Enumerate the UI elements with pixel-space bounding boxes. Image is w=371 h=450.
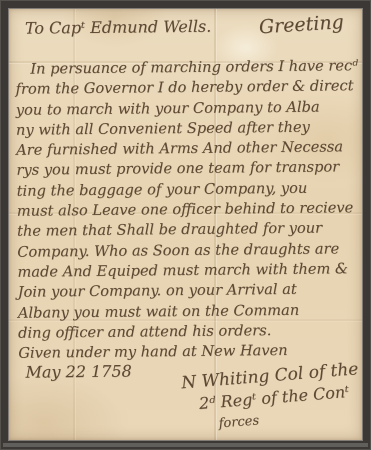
letter-line: Given under my hand at New Haven [18, 340, 361, 364]
letter-document: To Capᵗ Edmund Wells. Greeting In persua… [9, 9, 362, 440]
letter-line: rys you must provide one team for transp… [16, 158, 359, 182]
salutation-recipient: To Capᵗ Edmund Wells. [25, 17, 212, 38]
letter-body: In persuance of marching orders I have r… [15, 56, 361, 364]
salutation: To Capᵗ Edmund Wells. Greeting [25, 13, 350, 38]
salutation-greeting: Greeting [258, 11, 344, 38]
photo-frame: To Capᵗ Edmund Wells. Greeting In persua… [0, 0, 371, 450]
date-line: May 22 1758 [25, 362, 131, 382]
signature-block: N Whiting Col of the 2ᵈ Regᵗ of the Conᵗ… [180, 358, 366, 438]
letter-text: To Capᵗ Edmund Wells. Greeting In persua… [7, 7, 364, 442]
letter-line: made And Equiped must march with them & [17, 259, 360, 283]
